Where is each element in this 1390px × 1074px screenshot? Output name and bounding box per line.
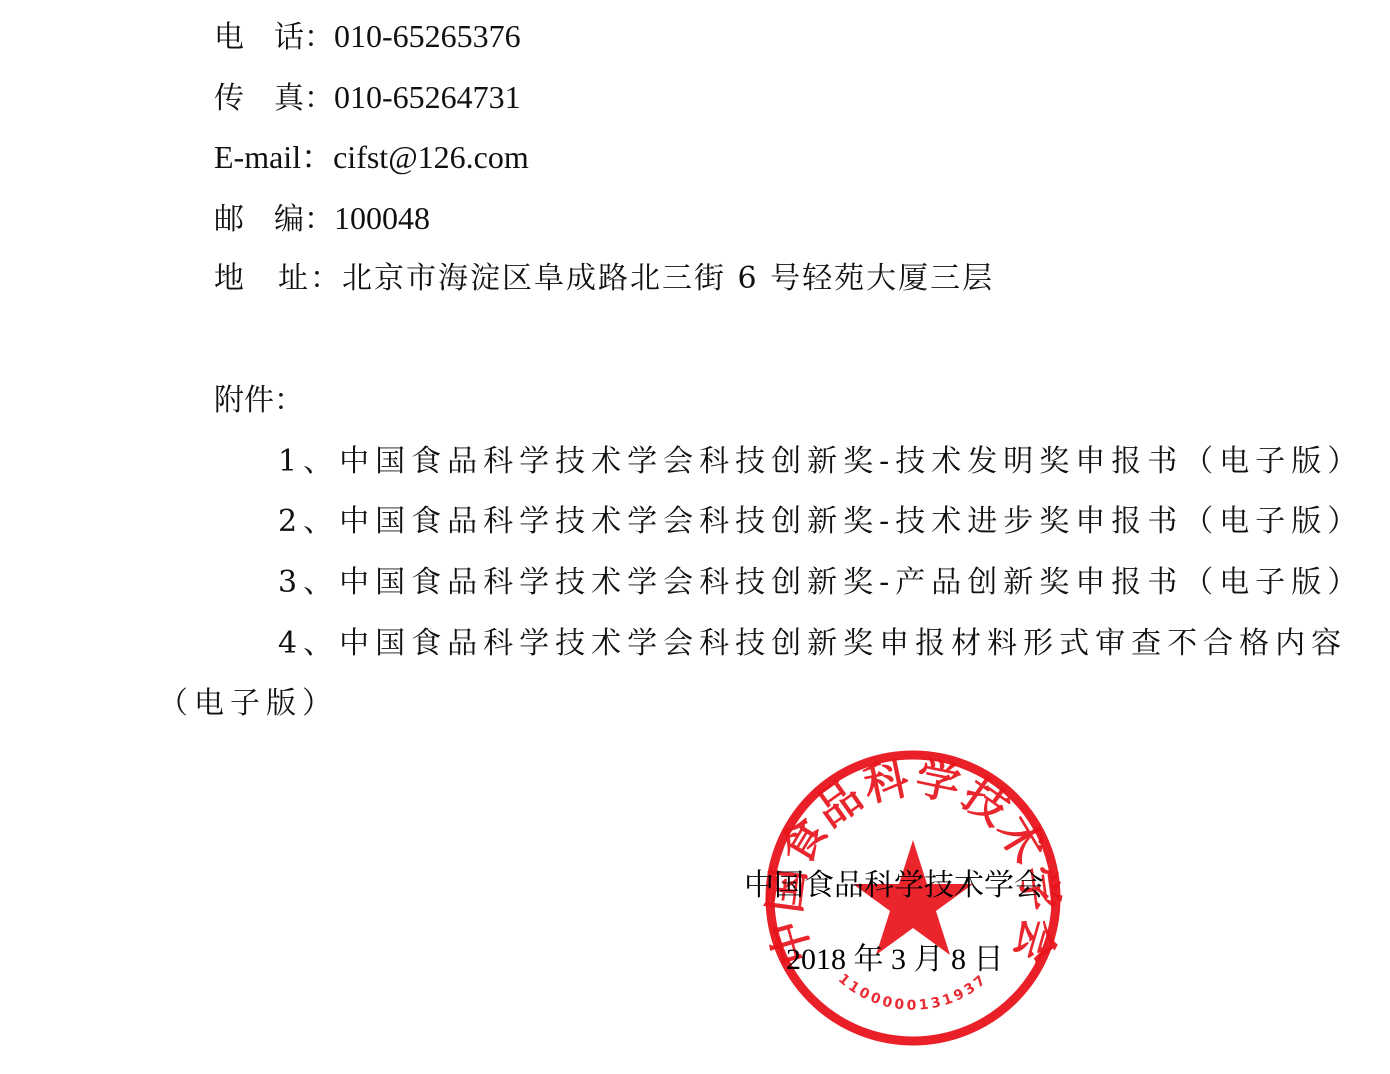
- postcode-value: 100048: [334, 200, 430, 236]
- contact-email: E-mail：cifst@126.com: [214, 137, 529, 179]
- phone-value: 010-65265376: [334, 18, 521, 54]
- attachment-item-3: 3、中国食品科学技术学会科技创新奖-产品创新奖申报书（电子版）: [278, 563, 1363, 603]
- attachment-item-4: 4、中国食品科学技术学会科技创新奖申报材料形式审查不合格内容: [278, 624, 1347, 664]
- attachment-item-2: 2、中国食品科学技术学会科技创新奖-技术进步奖申报书（电子版）: [278, 502, 1363, 542]
- attachment-item-4-continuation: （电子版）: [158, 684, 338, 724]
- fax-value: 010-65264731: [334, 79, 521, 115]
- contact-postcode: 邮 编：100048: [214, 198, 430, 240]
- address-label: 地 址：: [214, 261, 342, 296]
- contact-phone: 电 话：010-65265376: [214, 16, 521, 58]
- signature-organization: 中国食品科学技术学会: [744, 866, 1044, 906]
- attachment-item-1: 1、中国食品科学技术学会科技创新奖-技术发明奖申报书（电子版）: [278, 442, 1363, 482]
- address-value: 北京市海淀区阜成路北三街 6 号轻苑大厦三层: [342, 261, 994, 296]
- signature-date: 2018 年 3 月 8 日: [786, 940, 1004, 980]
- postcode-label: 邮 编：: [214, 202, 334, 237]
- attachments-heading: 附件：: [214, 381, 304, 421]
- contact-address: 地 址：北京市海淀区阜成路北三街 6 号轻苑大厦三层: [214, 259, 994, 299]
- contact-fax: 传 真：010-65264731: [214, 77, 521, 119]
- email-value: cifst@126.com: [333, 139, 529, 175]
- email-label: E-mail：: [214, 139, 333, 175]
- fax-label: 传 真：: [214, 81, 334, 116]
- phone-label: 电 话：: [214, 20, 334, 55]
